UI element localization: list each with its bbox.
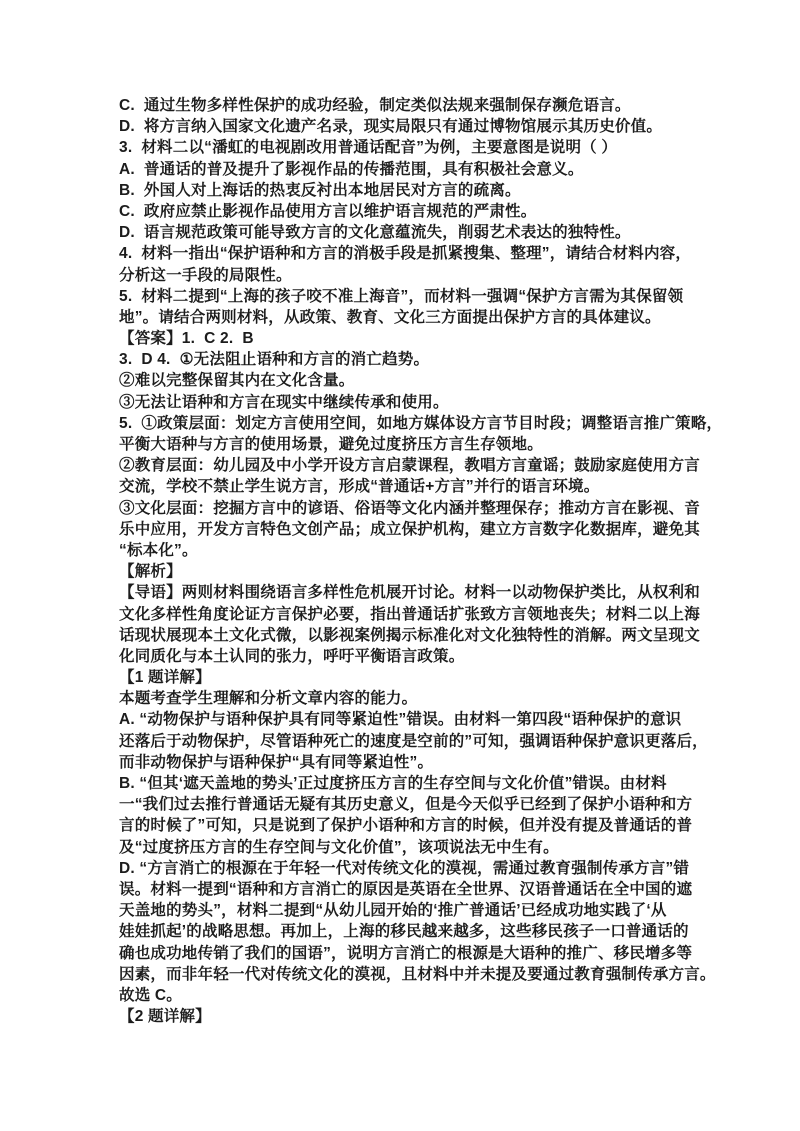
text-line: 【答案】1. C 2. B <box>119 328 704 349</box>
text-line: ②教育层面：幼儿园及中小学开设方言启蒙课程，教唱方言童谣；鼓励家庭使用方言 <box>119 455 704 476</box>
text-line: C. 政府应禁止影视作品使用方言以维护语言规范的严肃性。 <box>119 201 704 222</box>
text-line: ③无法让语种和方言在现实中继续传承和使用。 <box>119 392 704 413</box>
text-line: 而非动物保护与语种保护“具有同等紧迫性”。 <box>119 752 704 773</box>
text-line: 因素，而非年轻一代对传统文化的漠视，且材料中并未提及要通过教育强制传承方言。 <box>119 964 704 985</box>
text-line: 5. ①政策层面：划定方言使用空间，如地方媒体设方言节目时段；调整语言推广策略， <box>119 413 704 434</box>
text-line: 【解析】 <box>119 561 704 582</box>
text-line: D. “方言消亡的根源在于年轻一代对传统文化的漠视，需通过教育强制传承方言”错 <box>119 858 704 879</box>
text-line: D. 将方言纳入国家文化遗产名录，现实局限只有通过博物馆展示其历史价值。 <box>119 116 704 137</box>
text-line: 娃娃抓起’的战略思想。再加上，上海的移民越来越多，这些移民孩子一口普通话的 <box>119 921 704 942</box>
text-line: B. 外国人对上海话的热衷反衬出本地居民对方言的疏离。 <box>119 180 704 201</box>
text-line: ②难以完整保留其内在文化含量。 <box>119 370 704 391</box>
text-line: 言的时候了”可知，只是说到了保护小语种和方言的时候，但并没有提及普通话的普 <box>119 815 704 836</box>
text-line: 误。材料一提到“语种和方言消亡的原因是英语在全世界、汉语普通话在全中国的遮 <box>119 879 704 900</box>
text-line: 化同质化与本土认同的张力，呼吁平衡语言政策。 <box>119 646 704 667</box>
text-line: ③文化层面：挖掘方言中的谚语、俗语等文化内涵并整理保存；推动方言在影视、音 <box>119 498 704 519</box>
text-line: 【导语】两则材料围绕语言多样性危机展开讨论。材料一以动物保护类比，从权利和 <box>119 582 704 603</box>
text-line: 乐中应用，开发方言特色文创产品；成立保护机构，建立方言数字化数据库，避免其 <box>119 519 704 540</box>
text-line: 平衡大语种与方言的使用场景，避免过度挤压方言生存领地。 <box>119 434 704 455</box>
text-line: C. 通过生物多样性保护的成功经验，制定类似法规来强制保存濒危语言。 <box>119 95 704 116</box>
text-line: 故选 C。 <box>119 985 704 1006</box>
text-line: 及“过度挤压方言的生存空间与文化价值”，该项说法无中生有。 <box>119 837 704 858</box>
text-line: D. 语言规范政策可能导致方言的文化意蕴流失，削弱艺术表达的独特性。 <box>119 222 704 243</box>
text-line: A. “动物保护与语种保护具有同等紧迫性”错误。由材料一第四段“语种保护的意识 <box>119 709 704 730</box>
text-line: 确也成功地传销了我们的国语”，说明方言消亡的根源是大语种的推广、移民增多等 <box>119 943 704 964</box>
text-line: 话现状展现本土文化式微，以影视案例揭示标准化对文化独特性的消解。两文呈现文 <box>119 625 704 646</box>
text-line: 天盖地的势头”，材料二提到“从幼儿园开始的‘推广普通话’已经成功地实践了‘从 <box>119 900 704 921</box>
document-page: C. 通过生物多样性保护的成功经验，制定类似法规来强制保存濒危语言。D. 将方言… <box>0 0 800 1131</box>
text-line: 一“我们过去推行普通话无疑有其历史意义，但是今天似乎已经到了保护小语种和方 <box>119 794 704 815</box>
text-line: 5. 材料二提到“上海的孩子咬不准上海音”，而材料一强调“保护方言需为其保留领 <box>119 286 704 307</box>
text-line: 3. 材料二以“潘虹的电视剧改用普通话配音”为例，主要意图是说明（ ） <box>119 137 704 158</box>
text-line: 交流，学校不禁止学生说方言，形成“普通话+方言”并行的语言环境。 <box>119 476 704 497</box>
text-line: B. “但其‘遮天盖地的势头’正过度挤压方言的生存空间与文化价值”错误。由材料 <box>119 773 704 794</box>
text-line: A. 普通话的普及提升了影视作品的传播范围，具有积极社会意义。 <box>119 159 704 180</box>
text-line: 文化多样性角度论证方言保护必要，指出普通话扩张致方言领地丧失；材料二以上海 <box>119 604 704 625</box>
text-line: 本题考查学生理解和分析文章内容的能力。 <box>119 688 704 709</box>
document-text-block: C. 通过生物多样性保护的成功经验，制定类似法规来强制保存濒危语言。D. 将方言… <box>119 95 704 1027</box>
text-line: 【1 题详解】 <box>119 667 704 688</box>
text-line: 分析这一手段的局限性。 <box>119 265 704 286</box>
text-line: “标本化”。 <box>119 540 704 561</box>
text-line: 【2 题详解】 <box>119 1006 704 1027</box>
text-line: 3. D 4. ①无法阻止语种和方言的消亡趋势。 <box>119 349 704 370</box>
text-line: 还落后于动物保护，尽管语种死亡的速度是空前的”可知，强调语种保护意识更落后， <box>119 731 704 752</box>
text-line: 地”。请结合两则材料，从政策、教育、文化三方面提出保护方言的具体建议。 <box>119 307 704 328</box>
text-line: 4. 材料一指出“保护语种和方言的消极手段是抓紧搜集、整理”，请结合材料内容， <box>119 243 704 264</box>
